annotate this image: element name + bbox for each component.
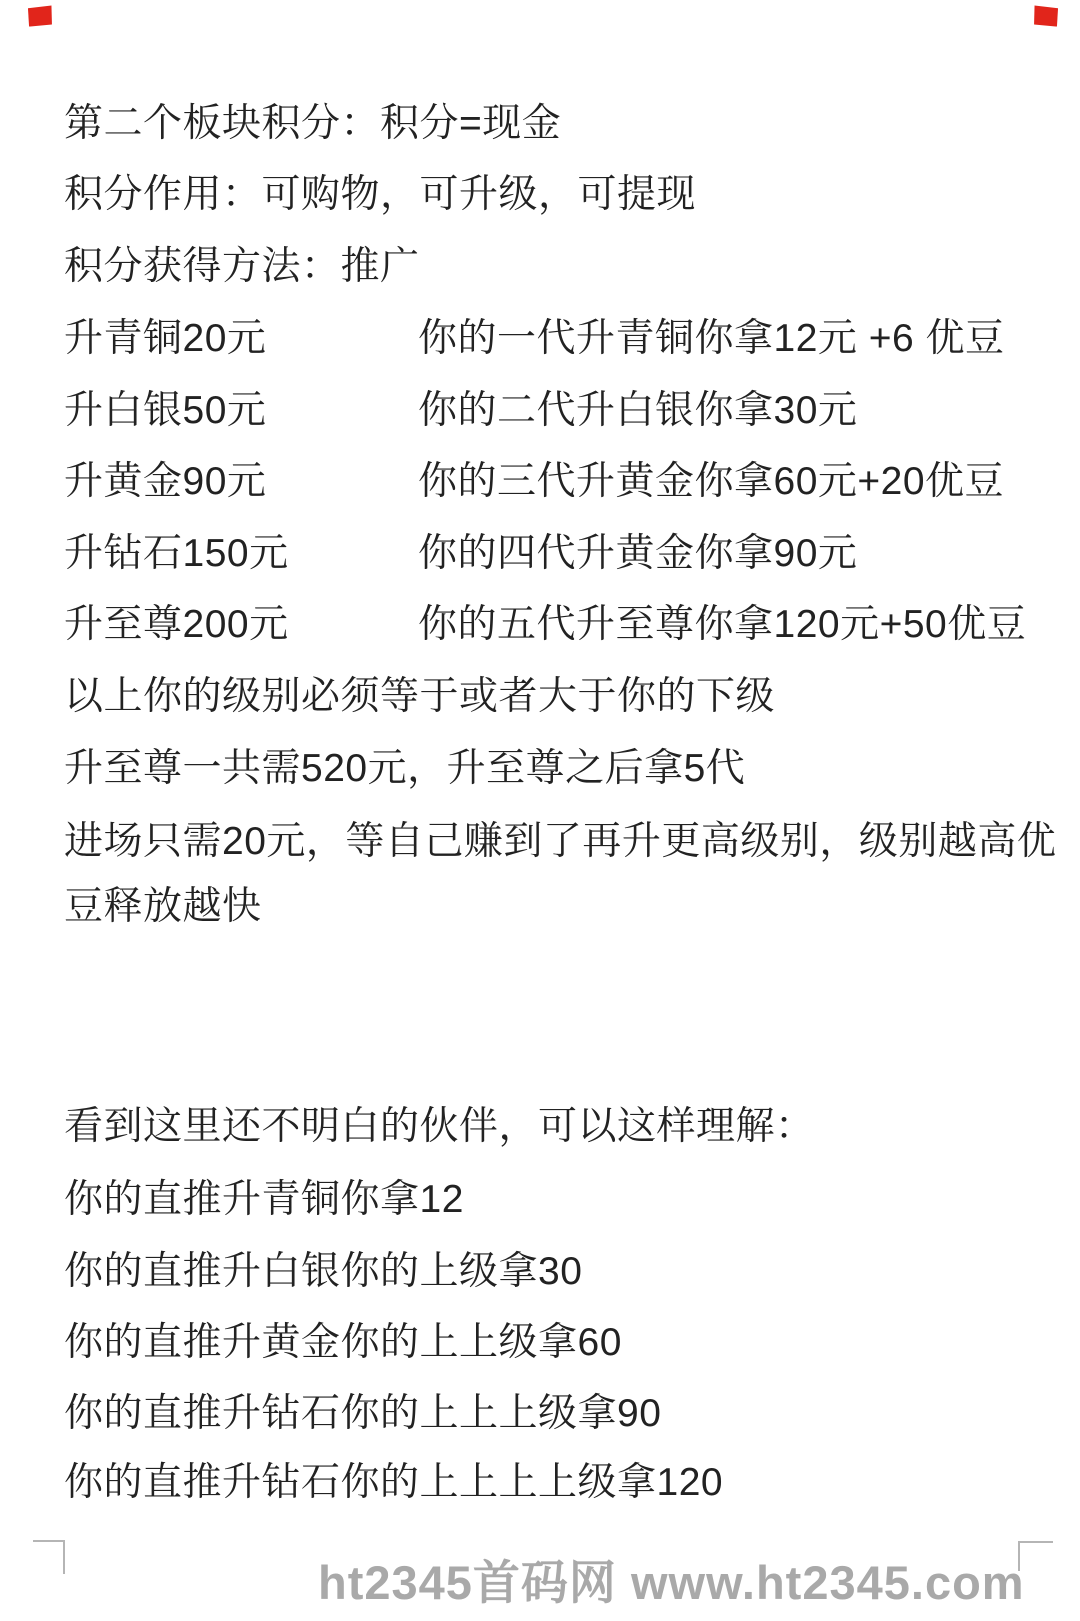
page-corner-mark-left [33, 1540, 65, 1574]
upgrade-cost: 升白银50元 [64, 387, 266, 435]
upgrade-reward: 你的二代升白银你拿30元 [418, 387, 857, 435]
upgrade-cost: 升钻石150元 [64, 530, 289, 578]
watermark-text: ht2345首码网 www.ht2345.com [318, 1557, 1025, 1609]
note-line-3: 进场只需20元，等自己赚到了再升更高级别，级别越高优 [64, 818, 1056, 866]
upgrade-cost: 升黄金90元 [64, 458, 266, 506]
upgrade-reward: 你的一代升青铜你拿12元 +6 优豆 [418, 315, 1005, 363]
explain-heading: 看到这里还不明白的伙伴，可以这样理解： [64, 1103, 815, 1151]
explain-line-5: 你的直推升钻石你的上上上上级拿120 [64, 1459, 723, 1507]
explain-line-4: 你的直推升钻石你的上上上级拿90 [64, 1390, 661, 1438]
upgrade-reward: 你的五代升至尊你拿120元+50优豆 [418, 601, 1026, 649]
note-line-1: 以上你的级别必须等于或者大于你的下级 [64, 673, 775, 721]
note-line-4: 豆释放越快 [64, 883, 262, 931]
upgrade-cost: 升青铜20元 [64, 315, 266, 363]
intro-line-1: 第二个板块积分：积分=现金 [64, 100, 561, 148]
intro-line-2: 积分作用：可购物，可升级，可提现 [64, 171, 696, 219]
explain-line-3: 你的直推升黄金你的上上级拿60 [64, 1319, 622, 1367]
red-corner-mark-right [1031, 2, 1060, 29]
upgrade-row-supreme: 升至尊200元 你的五代升至尊你拿120元+50优豆 [64, 601, 1064, 649]
upgrade-row-diamond: 升钻石150元 你的四代升黄金你拿90元 [64, 530, 1064, 578]
upgrade-reward: 你的四代升黄金你拿90元 [418, 530, 857, 578]
upgrade-cost: 升至尊200元 [64, 601, 289, 649]
explain-line-2: 你的直推升白银你的上级拿30 [64, 1248, 582, 1296]
explain-line-1: 你的直推升青铜你拿12 [64, 1176, 464, 1224]
upgrade-row-gold: 升黄金90元 你的三代升黄金你拿60元+20优豆 [64, 458, 1064, 506]
upgrade-row-bronze: 升青铜20元 你的一代升青铜你拿12元 +6 优豆 [64, 315, 1064, 363]
document-page: 第二个板块积分：积分=现金 积分作用：可购物，可升级，可提现 积分获得方法：推广… [0, 0, 1080, 1621]
note-line-2: 升至尊一共需520元，升至尊之后拿5代 [64, 745, 745, 793]
intro-line-3: 积分获得方法：推广 [64, 243, 420, 291]
red-corner-mark-left [25, 2, 54, 29]
upgrade-row-silver: 升白银50元 你的二代升白银你拿30元 [64, 387, 1064, 435]
upgrade-reward: 你的三代升黄金你拿60元+20优豆 [418, 458, 1004, 506]
